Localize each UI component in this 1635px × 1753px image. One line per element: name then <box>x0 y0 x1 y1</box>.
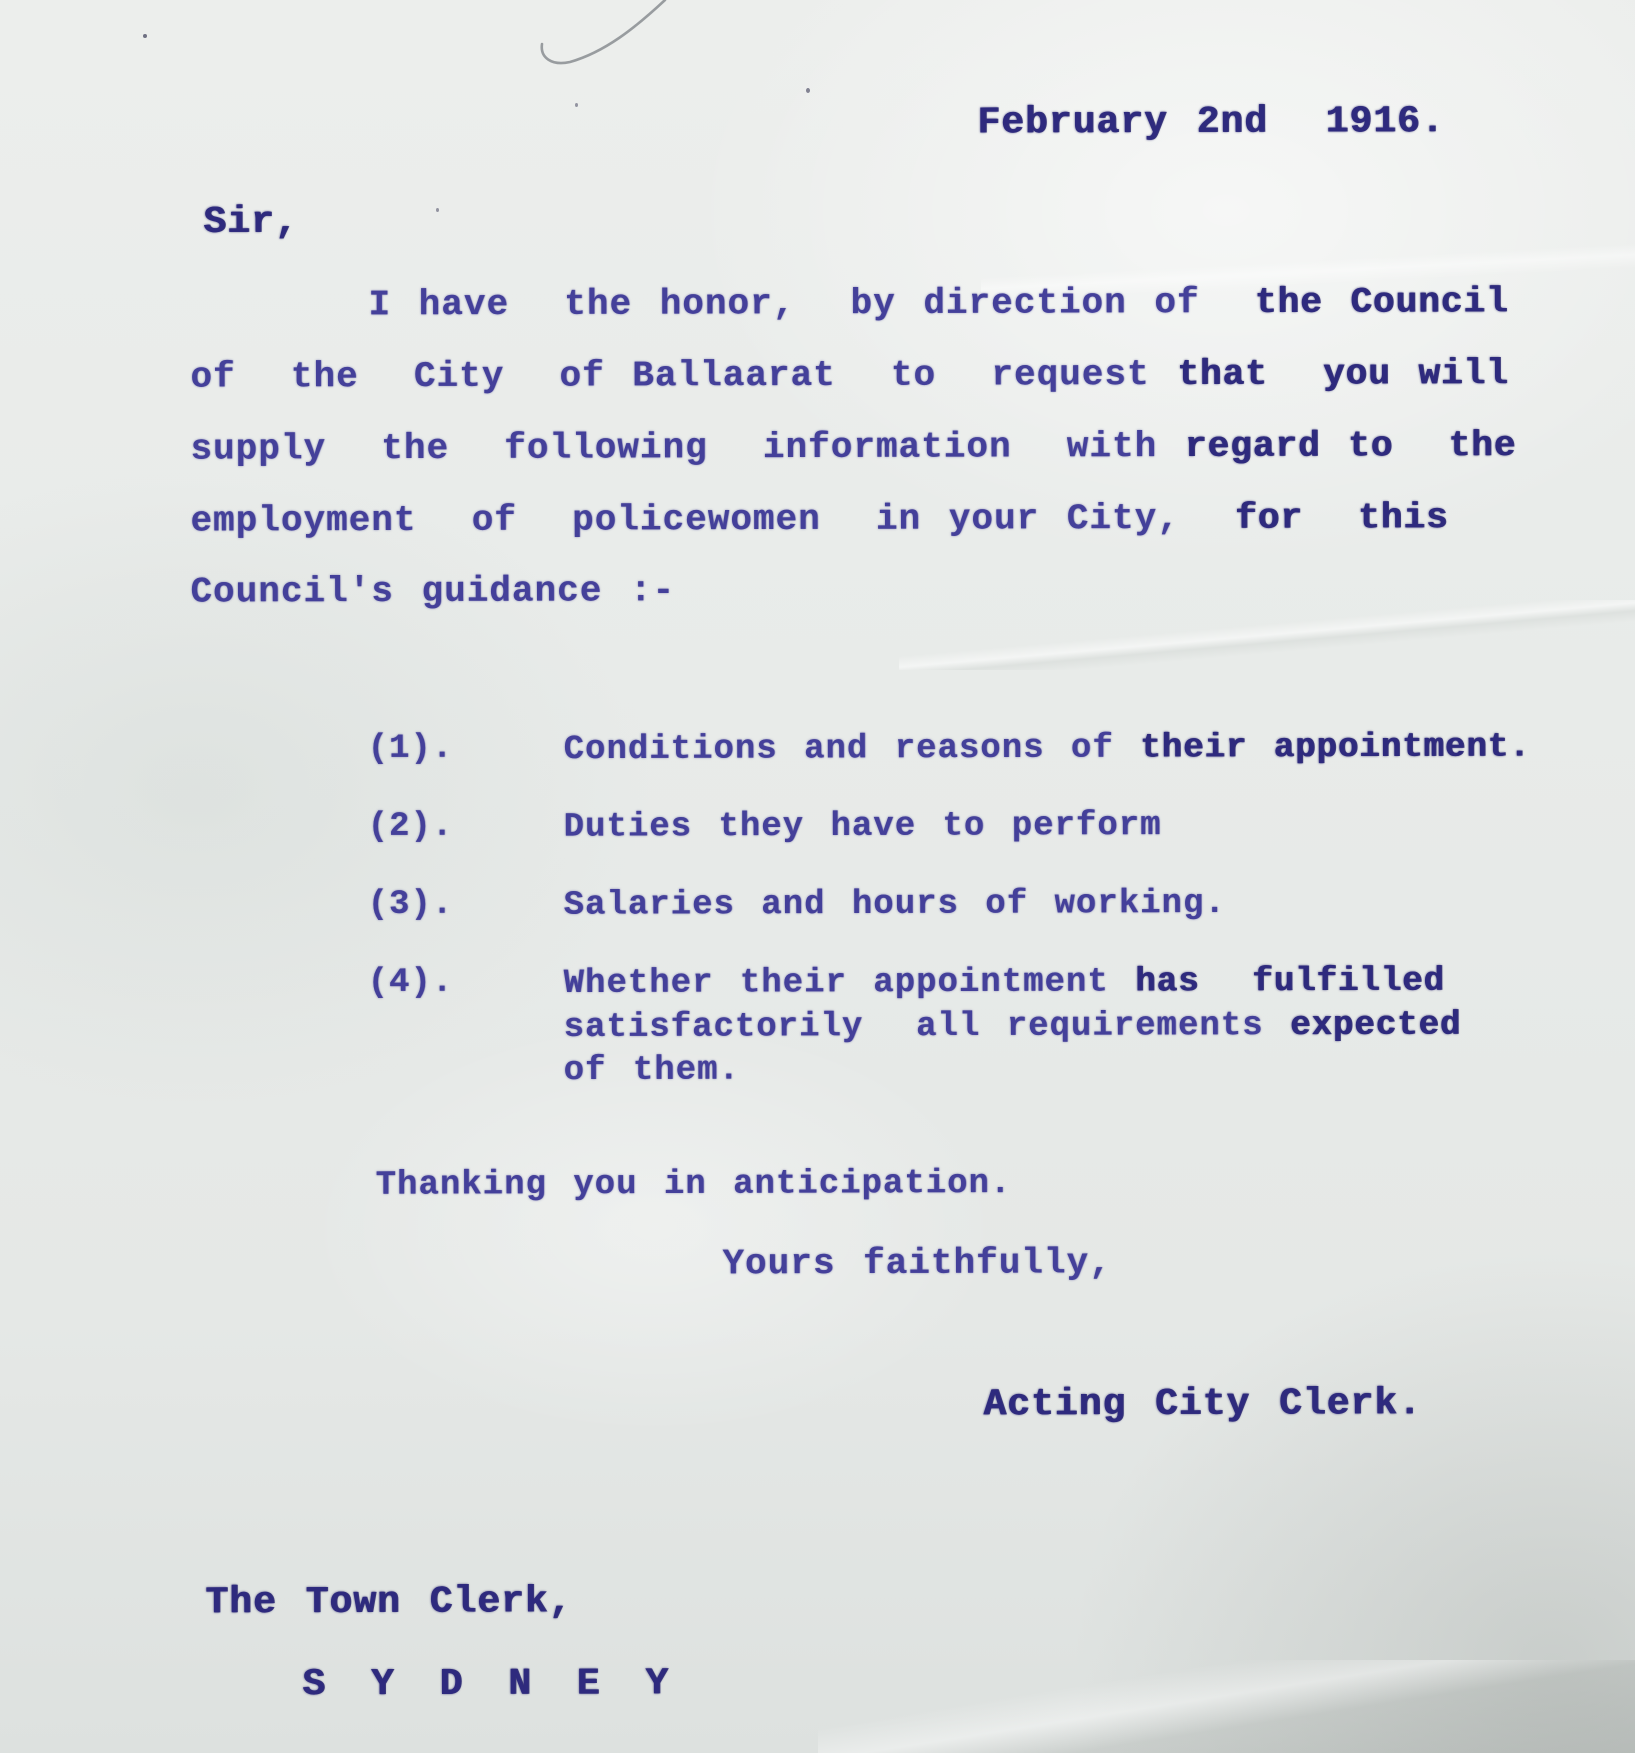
date-line: February 2nd 1916. <box>862 57 1445 188</box>
ink-speck <box>806 88 810 93</box>
valediction-line: Yours faithfully, <box>612 1201 1112 1325</box>
list-item-4-line2-bold: expected <box>1290 1007 1461 1045</box>
list-item-2-line1: Duties they have to perform <box>564 807 1162 847</box>
ink-speck <box>575 103 578 107</box>
body-line-5-text: Council's guidance :- <box>190 570 675 612</box>
list-item-3-num-text: (3). <box>368 886 454 924</box>
list-item-4-num-text: (4). <box>368 964 454 1002</box>
list-item-4-text-line3: of them. <box>458 1014 740 1129</box>
recipient-city-line: S Y D N E Y <box>155 1619 677 1749</box>
list-item-1-num-text: (1). <box>368 730 454 768</box>
recipient-city-text: S Y D N E Y <box>302 1662 677 1706</box>
recipient-text: The Town Clerk, <box>205 1580 572 1624</box>
signature-line: Acting City Clerk. <box>868 1339 1422 1469</box>
list-item-3-line1: Salaries and hours of working. <box>564 885 1226 925</box>
body-line-5: Council's guidance :- <box>80 529 675 654</box>
list-item-1-line1: Conditions and reasons of <box>564 730 1141 770</box>
paper-crease <box>818 1660 1635 1753</box>
salutation-text: Sir, <box>203 201 298 244</box>
pencil-stroke-mark <box>420 0 740 110</box>
signature-text: Acting City Clerk. <box>983 1382 1422 1426</box>
thanks-text: Thanking you in anticipation. <box>376 1165 1012 1205</box>
date-text: February 2nd 1916. <box>977 100 1444 144</box>
body-line-4-bold: for this <box>1207 497 1448 539</box>
list-item-1-line1-bold: their appointment. <box>1140 729 1530 768</box>
ink-speck <box>143 34 147 38</box>
list-item-2-num-text: (2). <box>368 808 454 846</box>
ink-speck <box>436 208 439 212</box>
valediction-text: Yours faithfully, <box>722 1242 1111 1284</box>
letter-page: February 2nd 1916. Sir, I have the honor… <box>0 0 1635 1753</box>
paper-crease <box>899 600 1635 670</box>
list-item-4-line3: of them. <box>564 1052 740 1090</box>
list-item-4-number: (4). <box>262 926 454 1041</box>
